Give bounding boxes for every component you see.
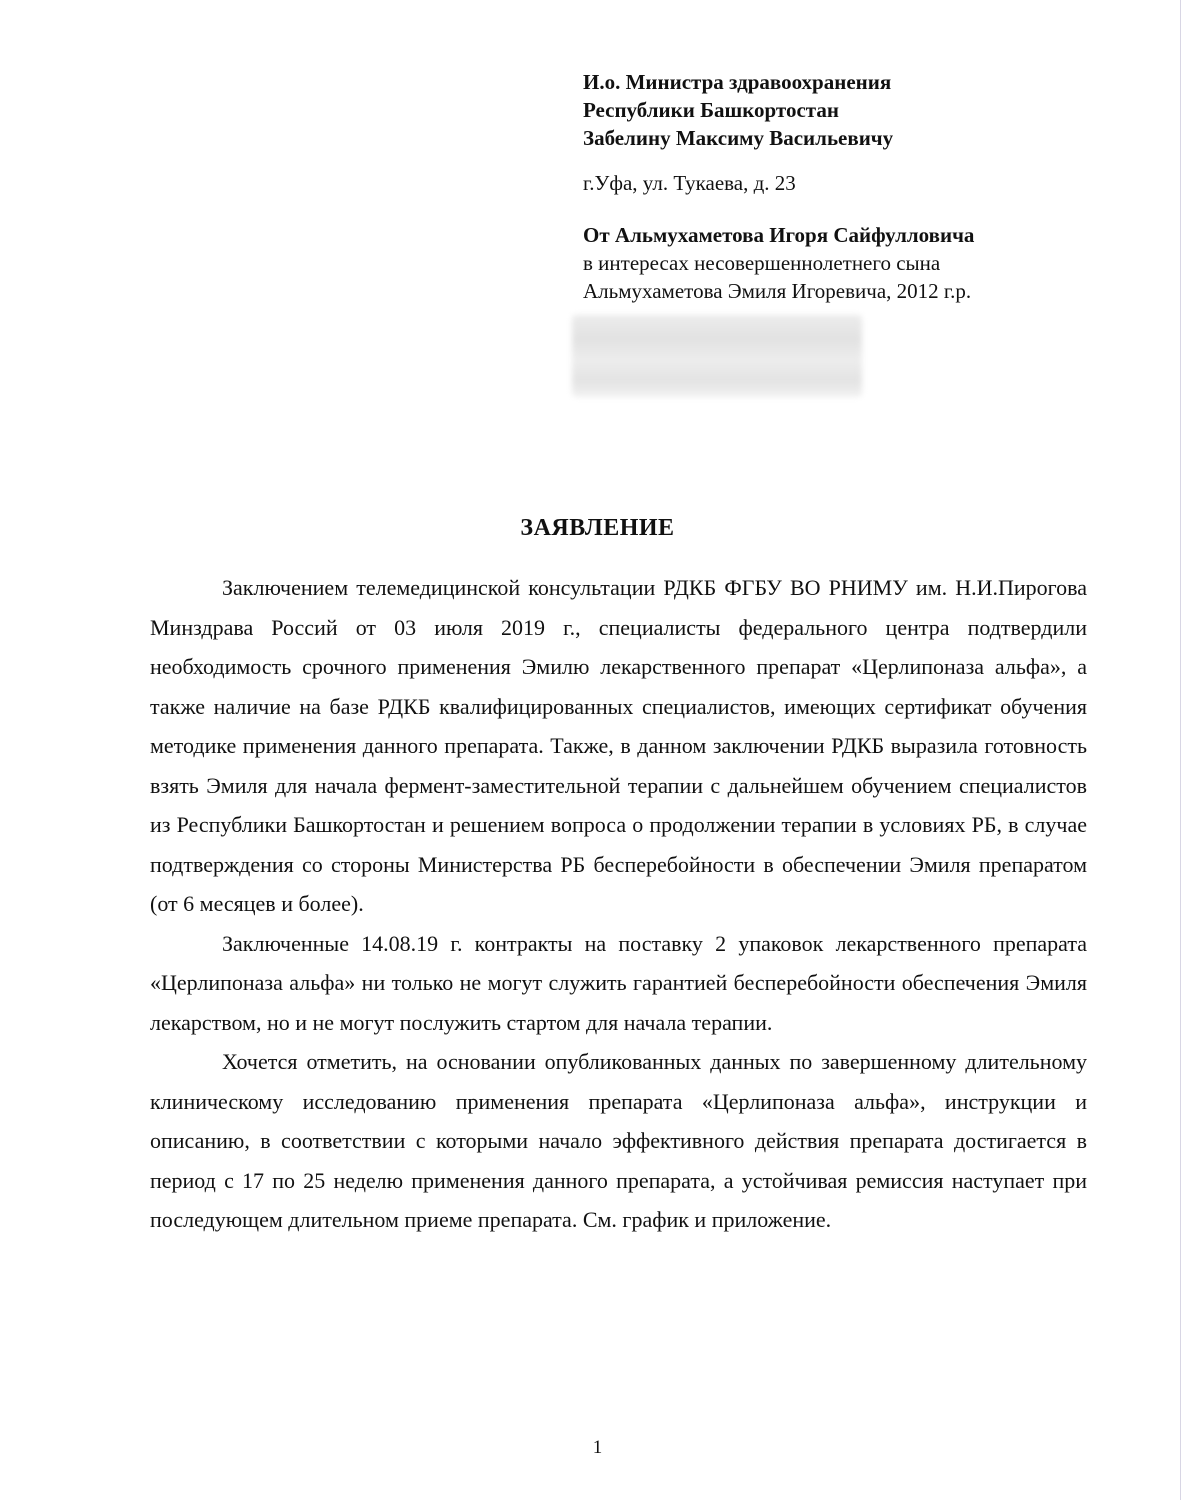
sender-line: в интересах несовершеннолетнего сына xyxy=(583,249,1143,277)
scan-artifact-line xyxy=(1180,0,1181,1500)
addressee-address: г.Уфа, ул. Тукаева, д. 23 xyxy=(583,169,1143,197)
body-paragraph: Хочется отметить, на основании опубликов… xyxy=(150,1042,1087,1240)
sender-line: Альмухаметова Эмиля Игоревича, 2012 г.р. xyxy=(583,277,1143,305)
document-title: ЗАЯВЛЕНИЕ xyxy=(0,515,1195,542)
redacted-contact-block xyxy=(572,315,862,397)
body-paragraph: Заключенные 14.08.19 г. контракты на пос… xyxy=(150,924,1087,1043)
addressee-line: И.о. Министра здравоохранения xyxy=(583,68,1143,96)
letter-header: И.о. Министра здравоохранения Республики… xyxy=(583,68,1143,305)
addressee-line: Республики Башкортостан xyxy=(583,96,1143,124)
body-paragraph: Заключением телемедицинской консультации… xyxy=(150,568,1087,924)
document-body: Заключением телемедицинской консультации… xyxy=(150,568,1087,1240)
page-number: 1 xyxy=(0,1437,1195,1459)
addressee-line: Забелину Максиму Васильевичу xyxy=(583,124,1143,152)
sender-name: От Альмухаметова Игоря Сайфулловича xyxy=(583,221,1143,249)
